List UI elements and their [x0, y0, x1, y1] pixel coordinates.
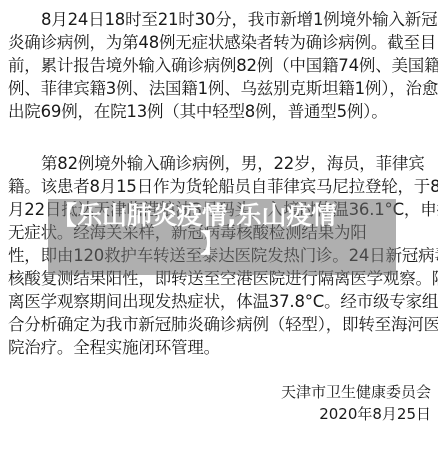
- text-line: 8月24日18时至21时30分，我市新增1例境外输入新冠肺: [8, 8, 438, 31]
- signature-organization: 天津市卫生健康委员会: [281, 381, 431, 403]
- document-page: 8月24日18时至21时30分，我市新增1例境外输入新冠肺 炎确诊病例，为第48…: [0, 0, 445, 476]
- text-line: 院治疗。全程实施闭环管理。: [8, 336, 438, 359]
- text-line: 出院69例，在院13例（其中轻型8例，普通型5例）。: [8, 100, 438, 123]
- signature-date: 2020年8月25日: [319, 403, 431, 425]
- text-line: 第82例境外输入确诊病例，男，22岁，海员，菲律宾: [8, 152, 438, 175]
- overlay-title: 【乐山肺炎疫情,乐山疫情: [52, 201, 392, 231]
- paragraph-summary: 8月24日18时至21时30分，我市新增1例境外输入新冠肺 炎确诊病例，为第48…: [8, 8, 438, 123]
- text-line: 炎确诊病例，为第48例无症状感染者转为确诊病例。截至目: [8, 31, 438, 54]
- text-line: 例、菲律宾籍3例、法国籍1例、乌兹别克斯坦籍1例），治愈: [8, 77, 438, 100]
- text-line: 籍。该患者8月15日作为货轮船员自菲律宾马尼拉登轮，于8: [8, 175, 438, 198]
- text-line: 离医学观察期间出现发热症状，体温37.8°C。经市级专家组综: [8, 290, 438, 313]
- text-line: 前，累计报告境外输入确诊病例82例（中国籍74例、美国籍3: [8, 54, 438, 77]
- overlay-title-close-bracket: 】: [200, 229, 225, 259]
- text-line: 合分析确定为我市新冠肺炎确诊病例（轻型），即转至海河医: [8, 313, 438, 336]
